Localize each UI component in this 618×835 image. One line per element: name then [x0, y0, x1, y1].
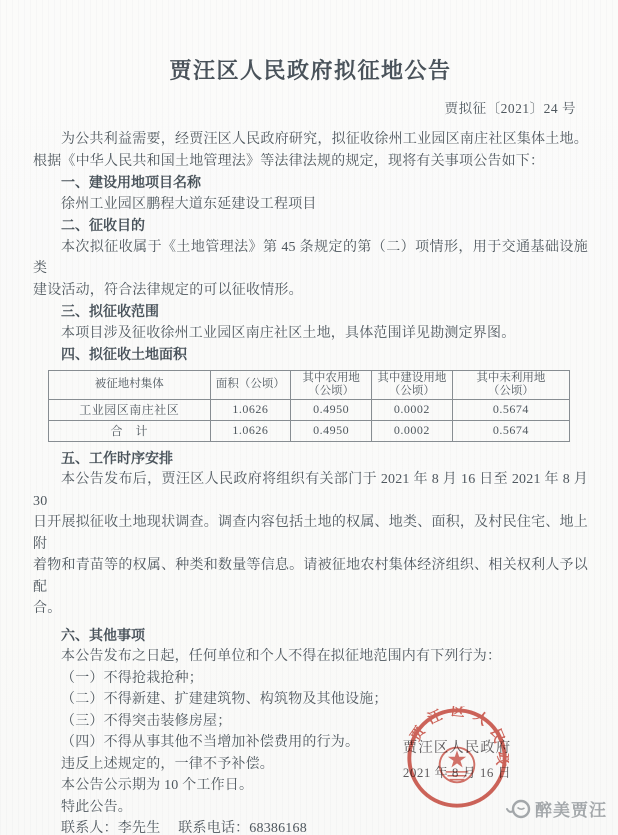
- section-3-body: 本项目涉及征收徐州工业园区南庄社区土地，具体范围详见勘测定界图。: [33, 323, 588, 345]
- seal-ring-text: 贾汪区人民政府: [405, 706, 509, 775]
- watermark-logo-icon: [505, 797, 531, 821]
- schedule-line: 着物和青苗等的权属、种类和数量等信息。请被征地农村集体经济组织、相关权利人予以配: [33, 555, 588, 598]
- table-row-total: 合 计 1.0626 0.4950 0.0002 0.5674: [49, 420, 570, 441]
- section-6-intro: 本公告发布之日起，任何单位和个人不得在拟征地范围内有下列行为：: [33, 646, 588, 668]
- watermark-text: 醉美贾汪: [535, 796, 607, 821]
- col-header-unused: 其中未利用地（公顷）: [452, 370, 569, 399]
- col-header-area: 面积（公顷）: [210, 370, 291, 399]
- section-4-heading: 四、拟征收土地面积: [33, 344, 588, 366]
- cell-construction: 0.0002: [372, 420, 453, 441]
- section-5-heading: 五、工作时序安排: [33, 448, 588, 470]
- cell-farmland: 0.4950: [291, 420, 372, 441]
- cell-construction: 0.0002: [372, 399, 453, 420]
- cell-unused: 0.5674: [452, 420, 569, 441]
- section-2-body-line: 建设活动，符合法律规定的可以征收情形。: [33, 280, 588, 302]
- cell-area: 1.0626: [210, 420, 291, 441]
- section-6-heading: 六、其他事项: [33, 625, 588, 647]
- intro-line: 为公共利益需要，经贾汪区人民政府研究，拟征收徐州工业园区南庄社区集体土地。: [33, 129, 588, 151]
- seal-emblem-icon: [440, 748, 475, 783]
- doc-number: 贾拟征〔2021〕24 号: [33, 97, 588, 117]
- section-1-body: 徐州工业园区鹏程大道东延建设工程项目: [33, 194, 588, 216]
- table-header-row: 被征地村集体 面积（公顷） 其中农用地（公顷） 其中建设用地（公顷） 其中未利用…: [49, 370, 570, 399]
- col-header-farmland: 其中农用地（公顷）: [291, 370, 372, 399]
- cell-unused: 0.5674: [452, 399, 569, 420]
- intro-line: 根据《中华人民共和国土地管理法》等法律法规的规定，现将有关事项公告如下：: [33, 151, 588, 173]
- col-header-village: 被征地村集体: [49, 370, 211, 399]
- svg-text:贾汪区人民政府: 贾汪区人民政府: [405, 706, 509, 775]
- document-page: 贾汪区人民政府拟征地公告 贾拟征〔2021〕24 号 为公共利益需要，经贾汪区人…: [0, 0, 618, 835]
- section-1-heading: 一、建设用地项目名称: [33, 172, 588, 194]
- schedule-line: 本公告发布后，贾汪区人民政府将组织有关部门于 2021 年 8 月 16 日至 …: [33, 469, 588, 512]
- cell-village: 工业园区南庄社区: [49, 399, 211, 420]
- cell-village: 合 计: [49, 420, 211, 441]
- table-row-nanzhuang: 工业园区南庄社区 1.0626 0.4950 0.0002 0.5674: [49, 399, 570, 420]
- page-title: 贾汪区人民政府拟征地公告: [33, 54, 588, 85]
- schedule-line: 合。: [33, 598, 588, 620]
- cell-area: 1.0626: [210, 399, 291, 420]
- watermark: 醉美贾汪: [505, 796, 607, 821]
- col-header-construction: 其中建设用地（公顷）: [372, 370, 453, 399]
- section-2-heading: 二、征收目的: [33, 215, 588, 237]
- cell-farmland: 0.4950: [291, 399, 372, 420]
- section-3-heading: 三、拟征收范围: [33, 301, 588, 323]
- prohibited-item: （一）不得抢栽抢种；: [33, 668, 588, 690]
- section-2-body-line: 本次拟征收属于《土地管理法》第 45 条规定的第（二）项情形，用于交通基础设施类: [33, 237, 588, 280]
- schedule-line: 日开展拟征收土地现状调查。调查内容包括土地的权属、地类、面积，及村民住宅、地上附: [33, 512, 588, 555]
- official-seal: 贾汪区人民政府: [405, 706, 509, 810]
- land-area-table: 被征地村集体 面积（公顷） 其中农用地（公顷） 其中建设用地（公顷） 其中未利用…: [48, 370, 570, 442]
